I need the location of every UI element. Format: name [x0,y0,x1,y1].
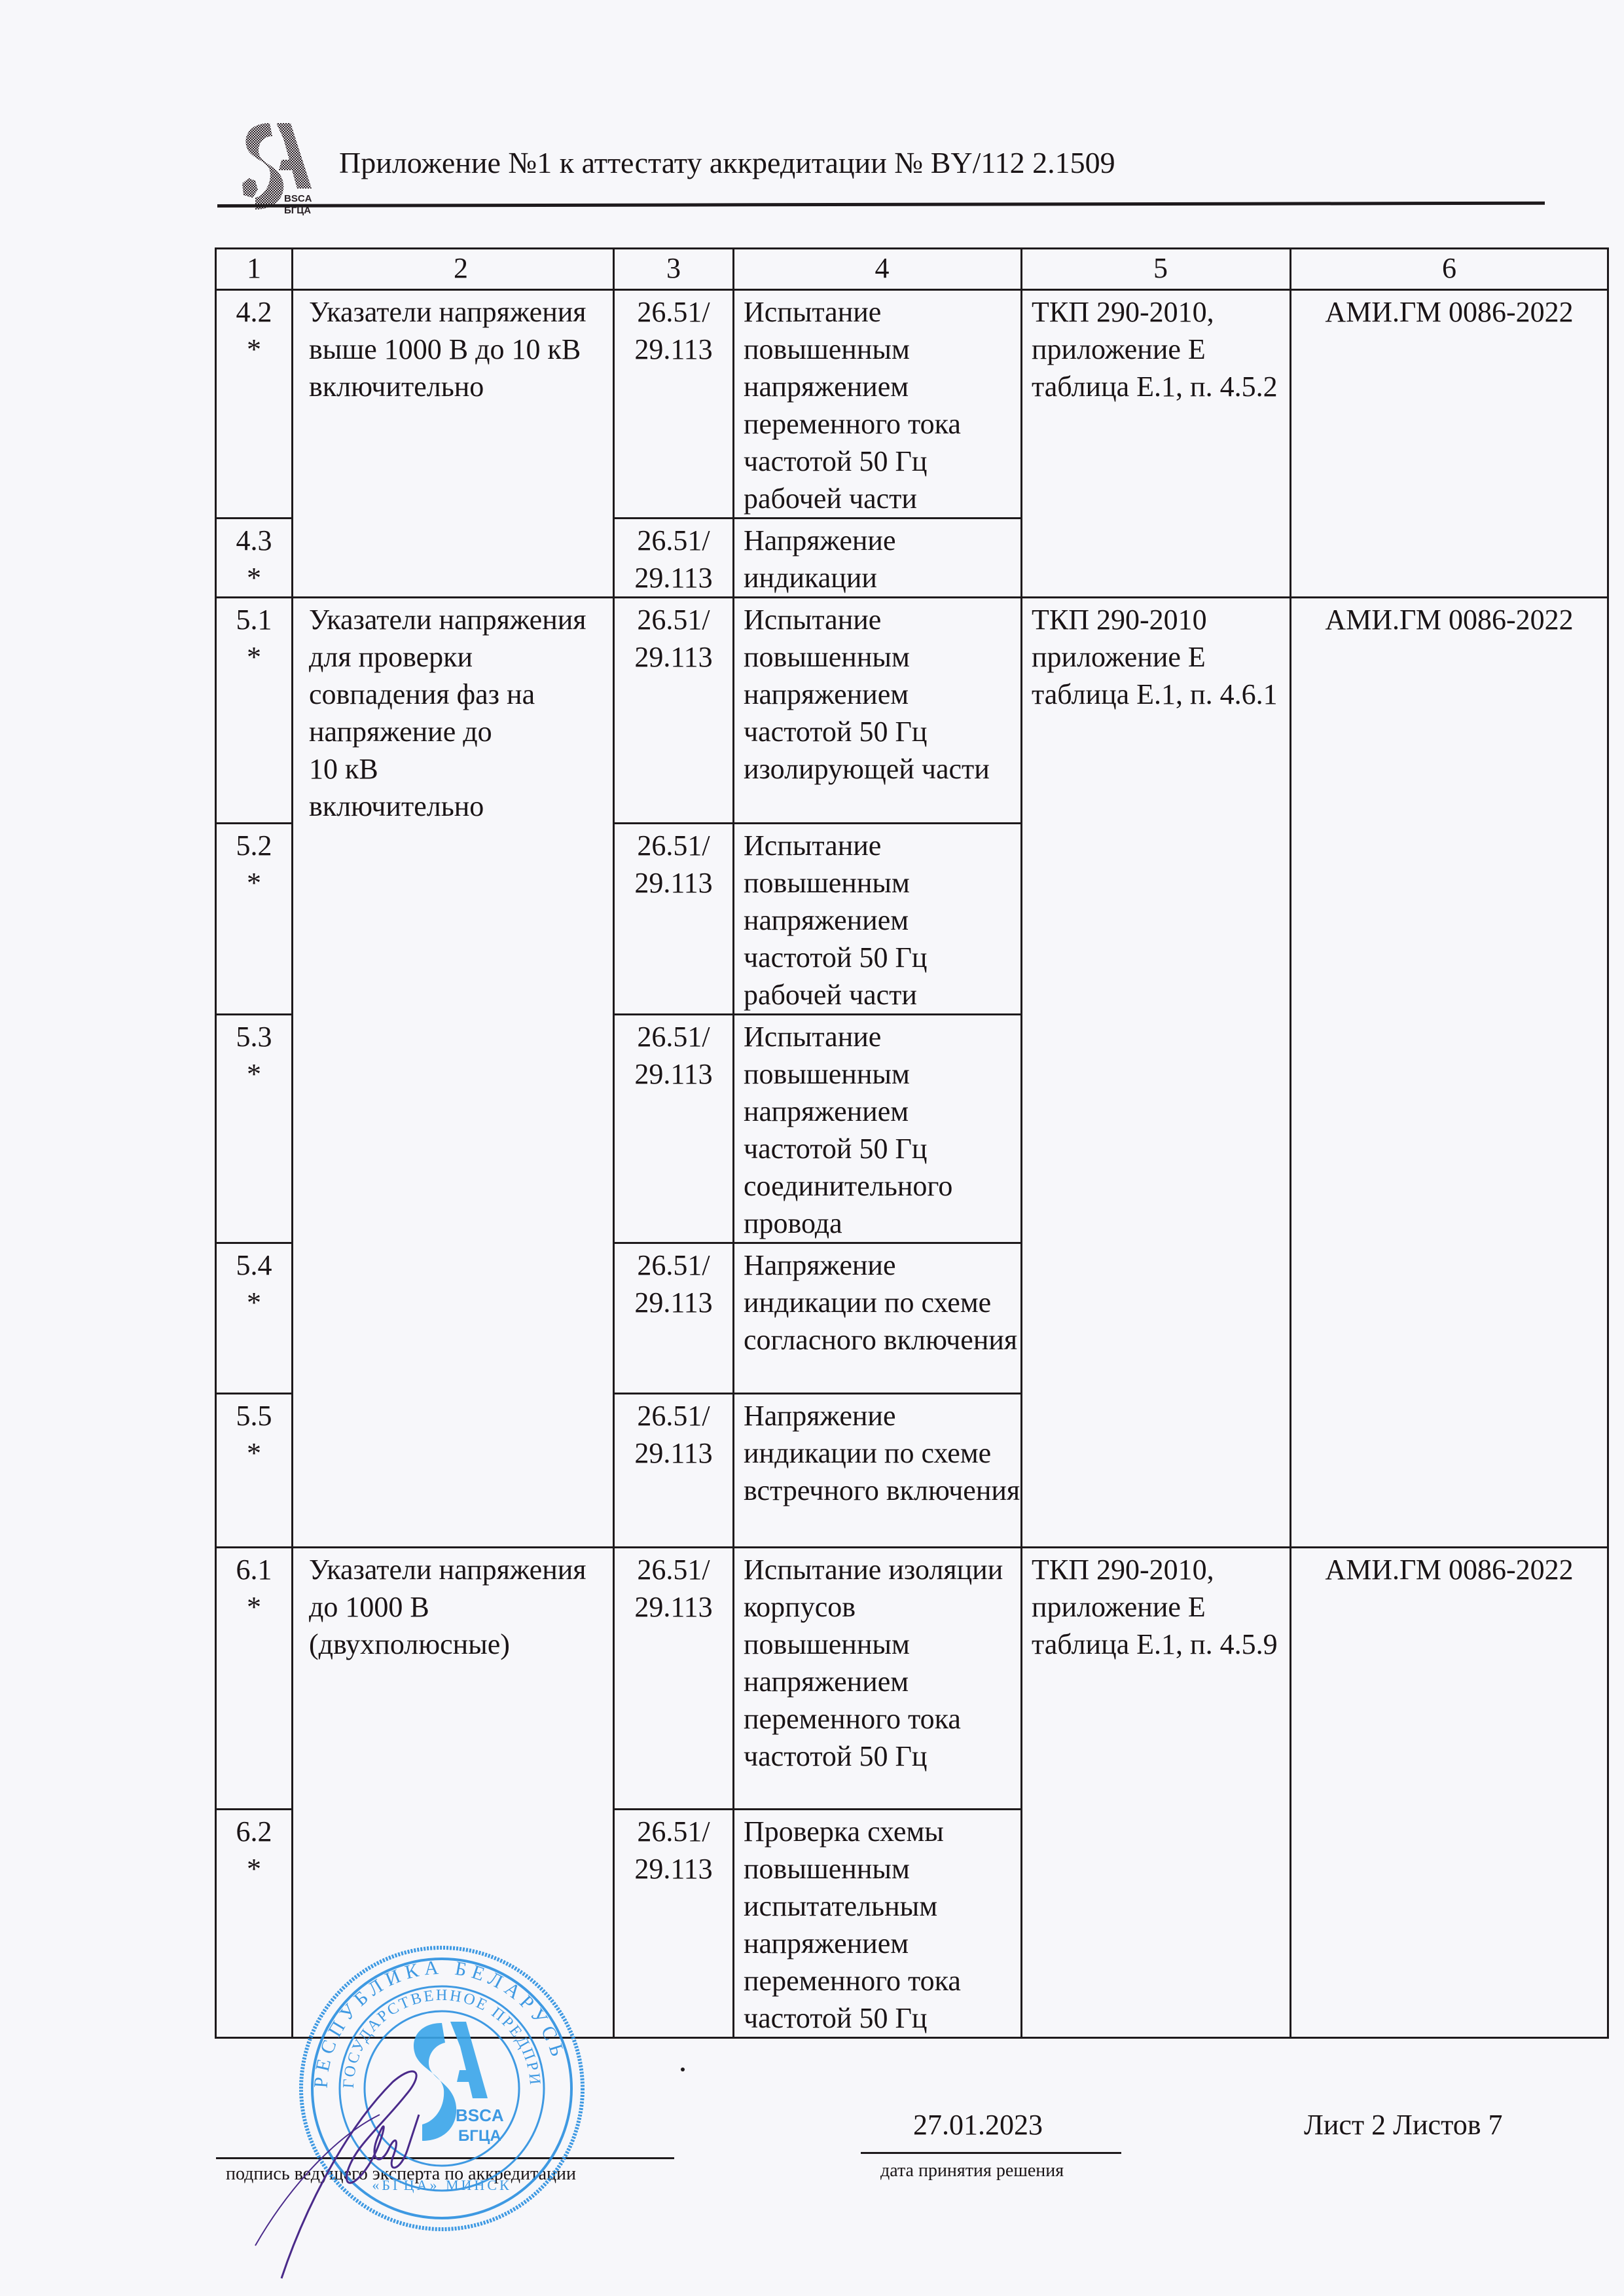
row-number: 4.3 * [216,519,293,598]
method-reference: АМИ.ГМ 0086-2022 [1291,290,1608,598]
row-number: 5.5 * [216,1394,293,1548]
table-row: 5.1 * Указатели напряжения для проверки … [216,598,1608,824]
product-code: 26.51/ 29.113 [614,1394,734,1548]
accreditation-scope-table: 1 2 3 4 5 6 4.2 * Указатели напряжения в… [215,247,1609,2039]
product-code: 26.51/ 29.113 [614,1810,734,2038]
stray-dot [681,2068,685,2071]
method-reference: АМИ.ГМ 0086-2022 [1291,1548,1608,2038]
product-code: 26.51/ 29.113 [614,1548,734,1810]
characteristic: Испытание повышенным напряжением частото… [734,1015,1022,1243]
product-code: 26.51/ 29.113 [614,598,734,824]
column-header-2: 2 [293,249,614,290]
bsca-logo-icon: BSCA БГЦА [236,118,314,216]
product-code: 26.51/ 29.113 [614,824,734,1015]
document-header: BSCA БГЦА Приложение №1 к аттестату аккр… [216,105,1545,217]
svg-text:BSCA: BSCA [284,193,312,204]
document-title: Приложение №1 к аттестату аккредитации №… [339,145,1115,180]
date-caption: дата принятия решения [880,2160,1064,2181]
product-code: 26.51/ 29.113 [614,519,734,598]
sheet-number: Лист 2 Листов 7 [1304,2108,1503,2141]
characteristic: Испытание повышенным напряжением частото… [734,598,1022,824]
characteristic: Напряжение индикации по схеме встречного… [734,1394,1022,1548]
method-reference: АМИ.ГМ 0086-2022 [1291,598,1608,1548]
object-name: Указатели напряжения выше 1000 В до 10 к… [293,290,614,598]
standard-reference: ТКП 290-2010, приложение Е таблица Е.1, … [1022,1548,1291,2038]
row-number: 4.2 * [216,290,293,519]
row-number: 5.2 * [216,824,293,1015]
product-code: 26.51/ 29.113 [614,1243,734,1394]
row-number: 5.4 * [216,1243,293,1394]
column-header-5: 5 [1022,249,1291,290]
column-header-4: 4 [734,249,1022,290]
date-line [861,2152,1121,2154]
row-number: 5.1 * [216,598,293,824]
row-number: 6.1 * [216,1548,293,1810]
characteristic: Испытание изоляции корпусов повышенным н… [734,1548,1022,1810]
characteristic: Напряжение индикации по схеме согласного… [734,1243,1022,1394]
table-row: 6.1 * Указатели напряжения до 1000 В (дв… [216,1548,1608,1810]
column-header-3: 3 [614,249,734,290]
column-header-6: 6 [1291,249,1608,290]
characteristic: Напряжение индикации [734,519,1022,598]
product-code: 26.51/ 29.113 [614,1015,734,1243]
standard-reference: ТКП 290-2010, приложение Е таблица Е.1, … [1022,290,1291,598]
row-number: 6.2 * [216,1810,293,2038]
standard-reference: ТКП 290-2010 приложение Е таблица Е.1, п… [1022,598,1291,1548]
product-code: 26.51/ 29.113 [614,290,734,519]
signature-icon [229,2036,504,2285]
column-header-1: 1 [216,249,293,290]
object-name: Указатели напряжения для проверки совпад… [293,598,614,1548]
column-number-row: 1 2 3 4 5 6 [216,249,1608,290]
characteristic: Испытание повышенным напряжением перемен… [734,290,1022,519]
characteristic: Испытание повышенным напряжением частото… [734,824,1022,1015]
row-number: 5.3 * [216,1015,293,1243]
table-row: 4.2 * Указатели напряжения выше 1000 В д… [216,290,1608,519]
characteristic: Проверка схемы повышенным испытательным … [734,1810,1022,2038]
decision-date: 27.01.2023 [913,2108,1043,2141]
